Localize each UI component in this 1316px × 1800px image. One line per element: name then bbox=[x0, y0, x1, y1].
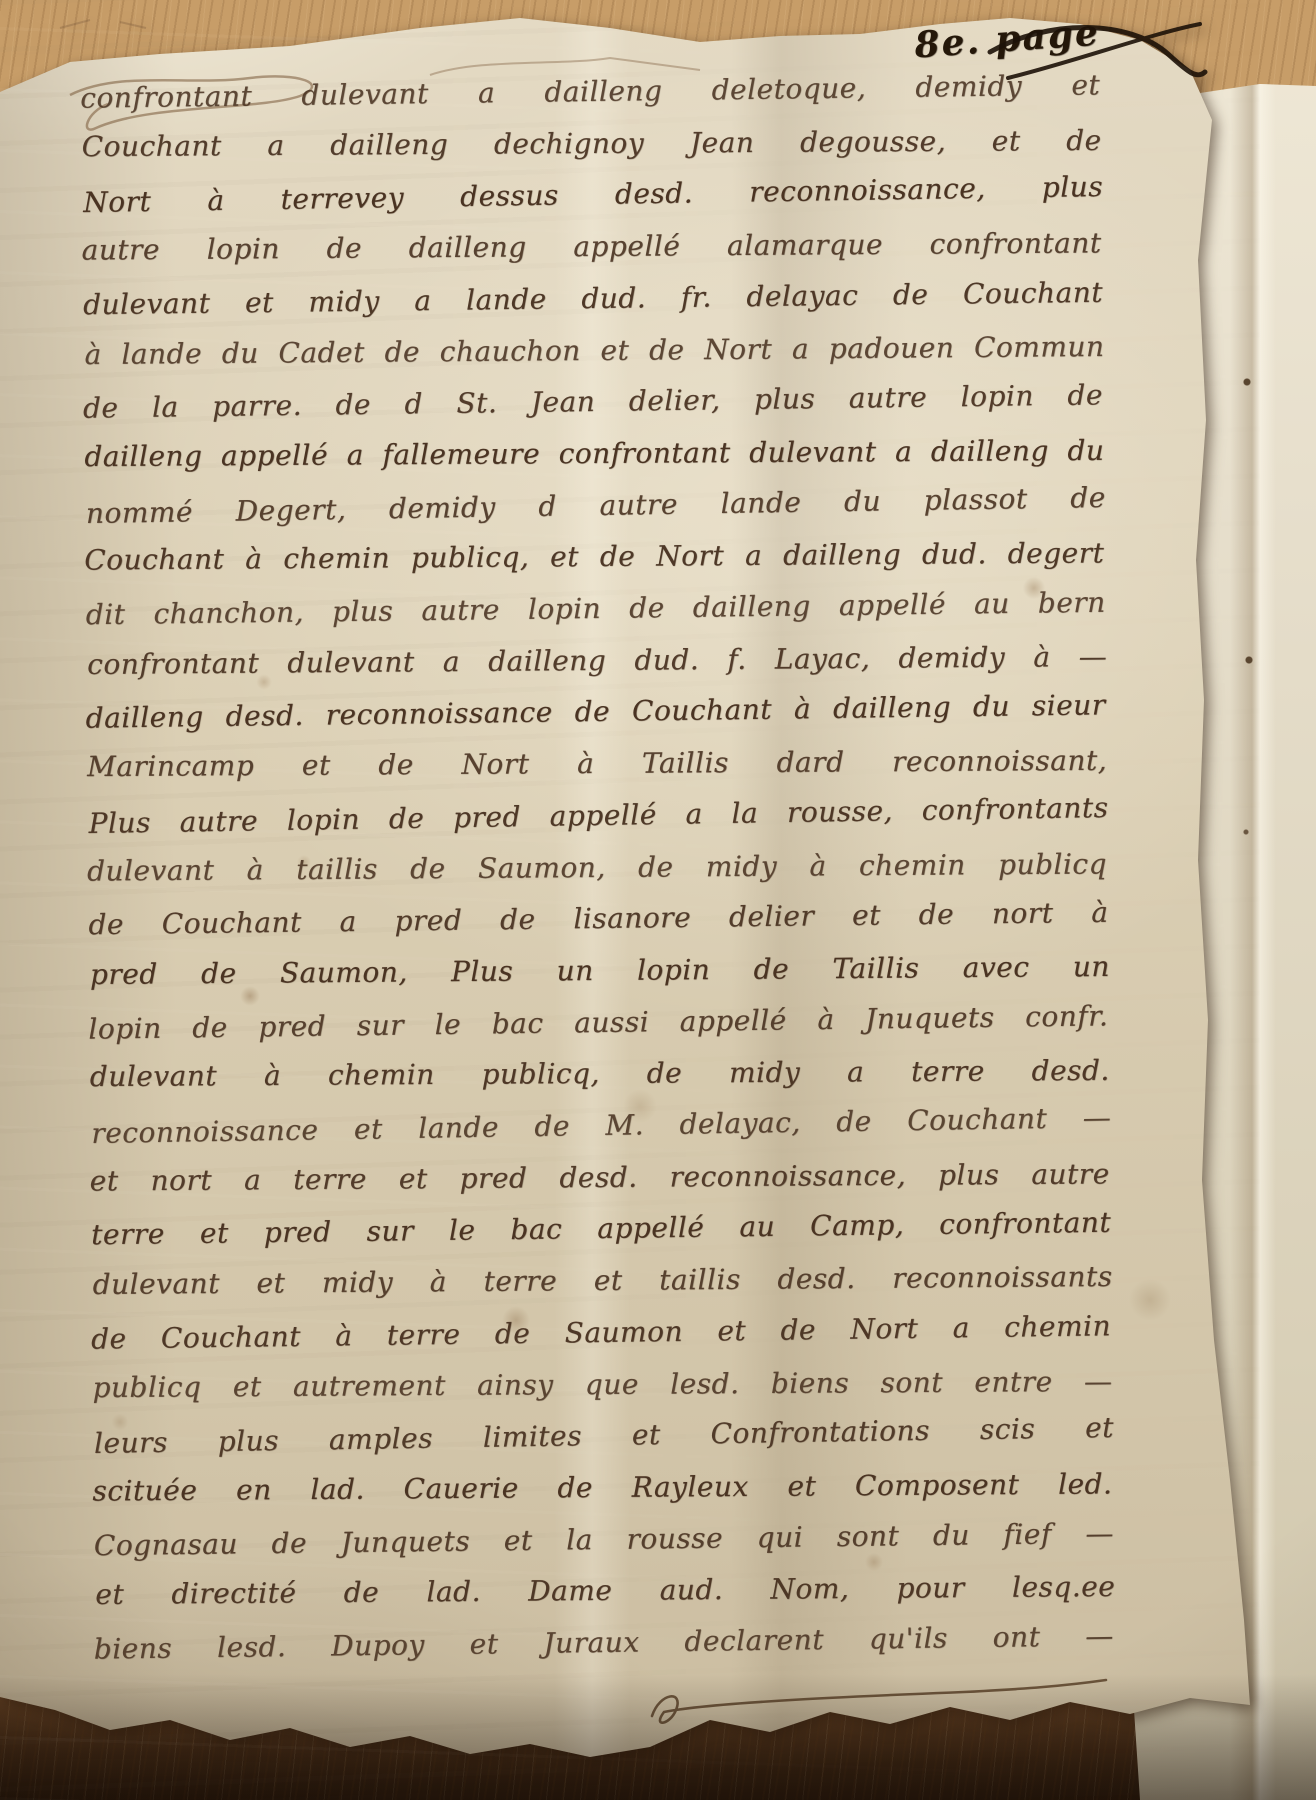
manuscript-photo: 8e. page confrontant dulevant a dailleng… bbox=[0, 0, 1316, 1800]
manuscript-line: scituée en lad. Cauerie de Rayleux et Co… bbox=[92, 1458, 1112, 1517]
manuscript-line: autre lopin de dailleng appellé alamarqu… bbox=[81, 218, 1101, 277]
manuscript-line: confrontant dulevant a dailleng deletoqu… bbox=[80, 59, 1101, 124]
manuscript-text: confrontant dulevant a dailleng deletoqu… bbox=[81, 62, 1115, 1674]
manuscript-line: dulevant et midy a lande dud. fr. delaya… bbox=[83, 267, 1104, 331]
manuscript-page: 8e. page confrontant dulevant a dailleng… bbox=[0, 0, 1260, 1800]
manuscript-line: de Couchant à terre de Saumon et de Nort… bbox=[91, 1300, 1112, 1365]
